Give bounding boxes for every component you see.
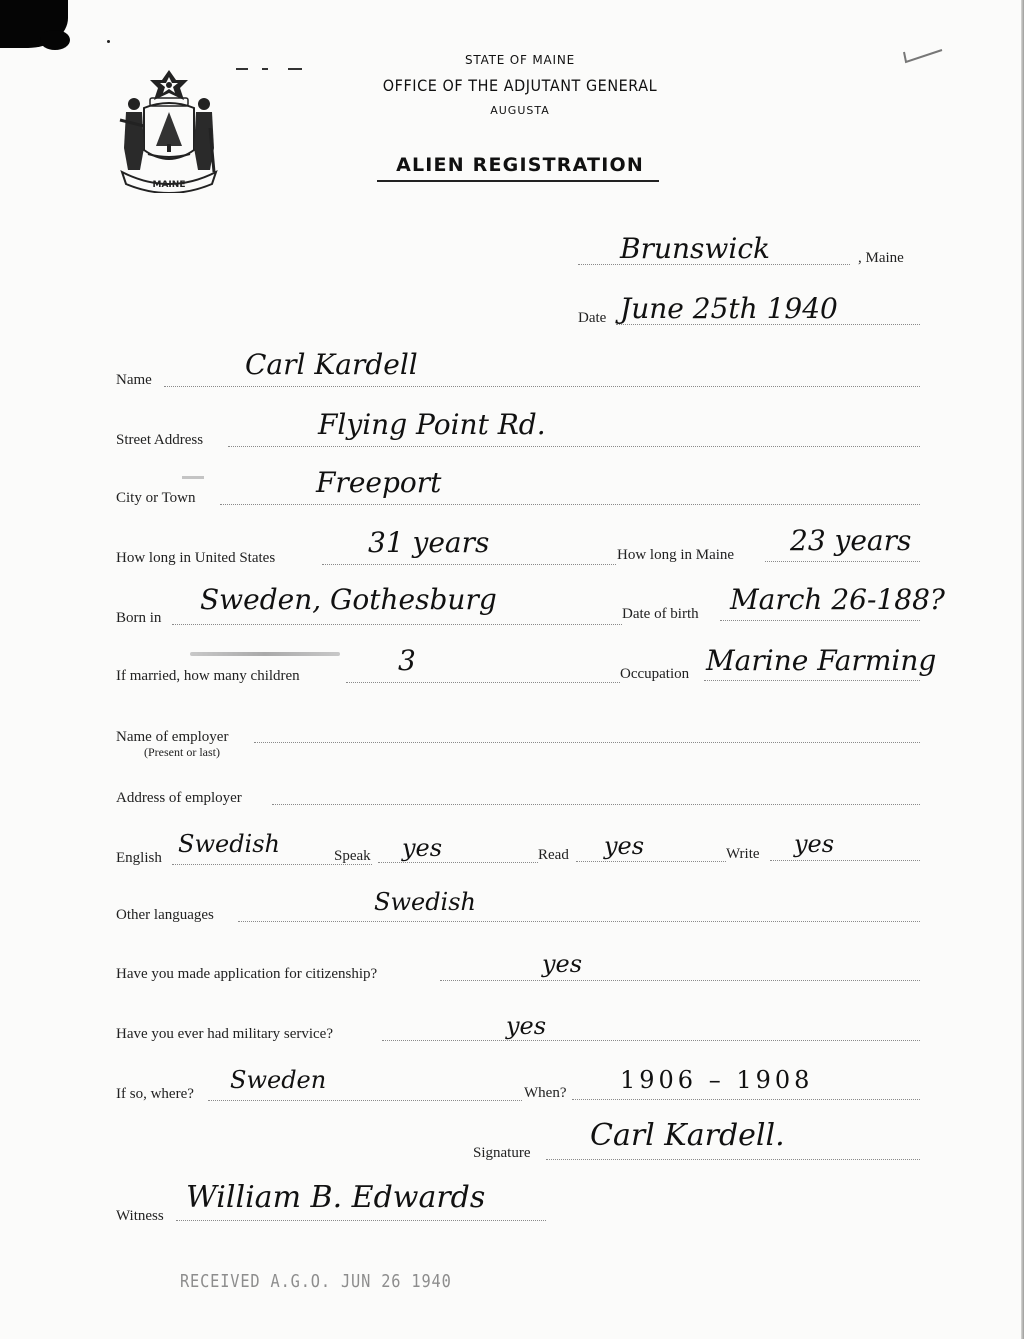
english-label: English xyxy=(116,850,162,867)
years-us-line xyxy=(322,564,616,565)
place-value: Brunswick xyxy=(620,232,770,265)
witness-value: William B. Edwards xyxy=(186,1180,485,1215)
write-value: yes xyxy=(794,830,834,858)
date-value: June 25th 1940 xyxy=(620,292,838,325)
write-line xyxy=(770,860,920,861)
citizenship-value: yes xyxy=(542,950,582,978)
years-us-value: 31 years xyxy=(368,526,489,559)
pencil-dash-marks xyxy=(236,68,306,70)
born-in-label: Born in xyxy=(116,610,161,627)
speak-label: Speak xyxy=(334,848,371,865)
name-label: Name xyxy=(116,372,152,389)
employer-name-label: Name of employer xyxy=(116,729,228,746)
write-label: Write xyxy=(726,846,760,863)
military-value: yes xyxy=(506,1012,546,1040)
speak-line xyxy=(378,862,538,863)
speak-value: yes xyxy=(402,834,442,862)
city-value: Freeport xyxy=(316,466,441,499)
other-languages-label: Other languages xyxy=(116,907,214,924)
read-label: Read xyxy=(538,847,569,864)
ink-speck xyxy=(107,40,110,43)
checkmark-icon xyxy=(902,48,944,64)
title-underline xyxy=(377,180,659,182)
born-in-line xyxy=(172,624,622,625)
employer-address-label: Address of employer xyxy=(116,790,242,807)
street-line xyxy=(228,446,920,447)
employer-address-line xyxy=(272,804,920,805)
city-label: City or Town xyxy=(116,490,196,507)
read-line xyxy=(576,861,726,862)
children-line xyxy=(346,682,620,683)
pencil-smudge xyxy=(190,652,340,656)
occupation-line xyxy=(704,680,920,681)
place-suffix: , Maine xyxy=(858,250,904,267)
when-line xyxy=(572,1099,920,1100)
ink-blot xyxy=(0,0,68,48)
occupation-value: Marine Farming xyxy=(706,644,936,677)
children-label: If married, how many children xyxy=(116,668,300,685)
name-line xyxy=(164,386,920,387)
header-state: STATE OF MAINE xyxy=(340,53,700,67)
children-value: 3 xyxy=(398,644,416,677)
signature-value: Carl Kardell. xyxy=(590,1118,785,1153)
occupation-label: Occupation xyxy=(620,666,689,683)
svg-text:MAINE: MAINE xyxy=(153,180,186,190)
witness-label: Witness xyxy=(116,1208,164,1225)
form-title: ALIEN REGISTRATION xyxy=(340,154,700,176)
other-languages-line xyxy=(238,921,920,922)
when-value: 1906 – 1908 xyxy=(620,1066,813,1094)
dob-value: March 26-188? xyxy=(730,583,945,616)
when-label: When? xyxy=(524,1085,566,1102)
street-value: Flying Point Rd. xyxy=(318,408,546,441)
signature-line xyxy=(546,1159,920,1160)
header-office: OFFICE OF THE ADJUTANT GENERAL xyxy=(358,76,682,95)
where-label: If so, where? xyxy=(116,1086,194,1103)
signature-label: Signature xyxy=(473,1145,531,1162)
where-value: Sweden xyxy=(230,1066,326,1094)
english-value: Swedish xyxy=(178,830,280,858)
read-value: yes xyxy=(604,832,644,860)
eraser-mark xyxy=(182,476,204,479)
citizenship-line xyxy=(440,980,920,981)
city-line xyxy=(220,504,920,505)
name-value: Carl Kardell xyxy=(245,348,418,381)
military-label: Have you ever had military service? xyxy=(116,1026,333,1043)
years-maine-value: 23 years xyxy=(790,524,911,557)
date-label: Date xyxy=(578,310,606,327)
maine-state-seal-icon: MAINE xyxy=(114,68,224,193)
dob-label: Date of birth xyxy=(622,606,699,623)
street-label: Street Address xyxy=(116,432,203,449)
years-maine-label: How long in Maine xyxy=(617,547,734,564)
years-maine-line xyxy=(765,561,920,562)
witness-line xyxy=(176,1220,546,1221)
born-in-value: Sweden, Gothesburg xyxy=(200,583,497,616)
employer-name-line xyxy=(254,742,920,743)
other-languages-value: Swedish xyxy=(374,888,476,916)
years-us-label: How long in United States xyxy=(116,550,275,567)
military-line xyxy=(382,1040,920,1041)
where-line xyxy=(208,1100,522,1101)
dob-line xyxy=(720,620,920,621)
received-stamp: RECEIVED A.G.O. JUN 26 1940 xyxy=(180,1271,452,1292)
header-city: AUGUSTA xyxy=(340,104,700,117)
employer-name-sublabel: (Present or last) xyxy=(144,745,220,760)
citizenship-label: Have you made application for citizenshi… xyxy=(116,966,377,983)
